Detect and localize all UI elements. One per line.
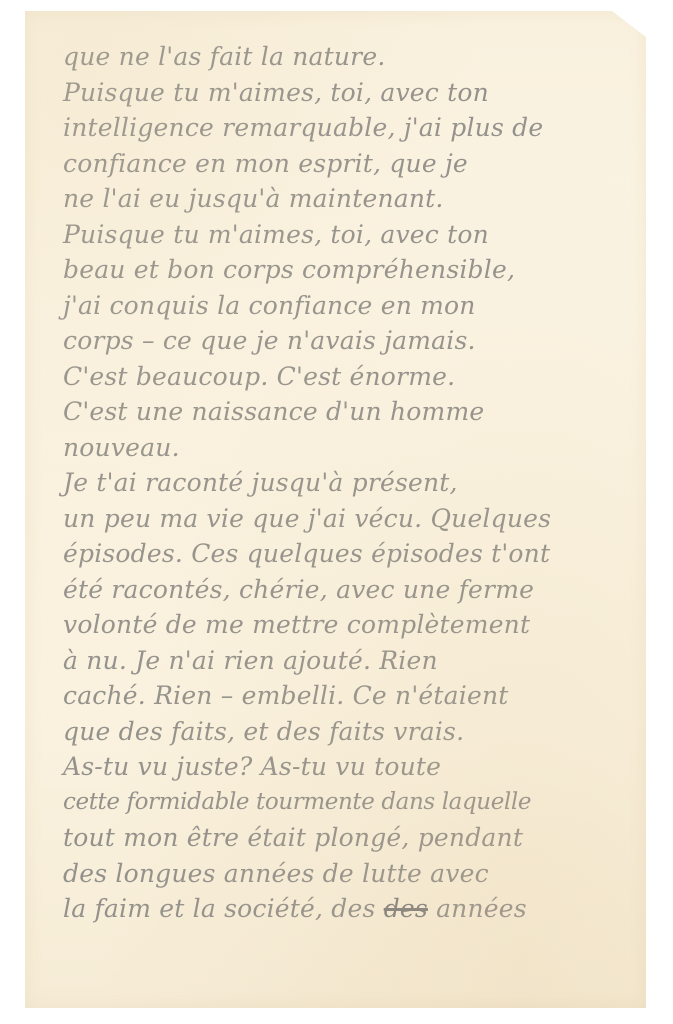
text-line: confiance en mon esprit, que je: [63, 146, 648, 182]
text-line: caché. Rien – embelli. Ce n'étaient: [63, 678, 648, 714]
text-line: cette formidable tourmente dans laquelle: [63, 785, 648, 821]
text-line: tout mon être était plongé, pendant: [63, 820, 648, 856]
text-line: que des faits, et des faits vrais.: [63, 714, 648, 750]
text-line: C'est beaucoup. C'est énorme.: [63, 359, 648, 395]
text-line: corps – ce que je n'avais jamais.: [63, 323, 648, 359]
text-line: un peu ma vie que j'ai vécu. Quelques: [63, 501, 648, 537]
text-fragment: années: [436, 894, 527, 923]
text-line: des longues années de lutte avec: [63, 856, 648, 892]
text-line: As-tu vu juste? As-tu vu toute: [63, 749, 648, 785]
text-line-last: la faim et la société, des des années: [63, 891, 648, 927]
text-line: j'ai conquis la confiance en mon: [63, 288, 648, 324]
text-line: été racontés, chérie, avec une ferme: [63, 572, 648, 608]
text-line: ne l'ai eu jusqu'à maintenant.: [63, 181, 648, 217]
handwritten-text: que ne l'as fait la nature. Puisque tu m…: [63, 39, 648, 927]
text-line: nouveau.: [63, 430, 648, 466]
text-line: à nu. Je n'ai rien ajouté. Rien: [63, 643, 648, 679]
text-line: intelligence remarquable, j'ai plus de: [63, 110, 648, 146]
text-line: Puisque tu m'aimes, toi, avec ton: [63, 217, 648, 253]
struck-word: des: [384, 894, 428, 923]
text-fragment: la faim et la société, des: [63, 894, 376, 923]
text-line: Puisque tu m'aimes, toi, avec ton: [63, 75, 648, 111]
text-line: épisodes. Ces quelques épisodes t'ont: [63, 536, 648, 572]
text-line: C'est une naissance d'un homme: [63, 394, 648, 430]
text-line: beau et bon corps compréhensible,: [63, 252, 648, 288]
text-line: volonté de me mettre complètement: [63, 607, 648, 643]
text-line: que ne l'as fait la nature.: [63, 39, 648, 75]
text-line: Je t'ai raconté jusqu'à présent,: [63, 465, 648, 501]
letter-page: que ne l'as fait la nature. Puisque tu m…: [25, 11, 646, 1008]
